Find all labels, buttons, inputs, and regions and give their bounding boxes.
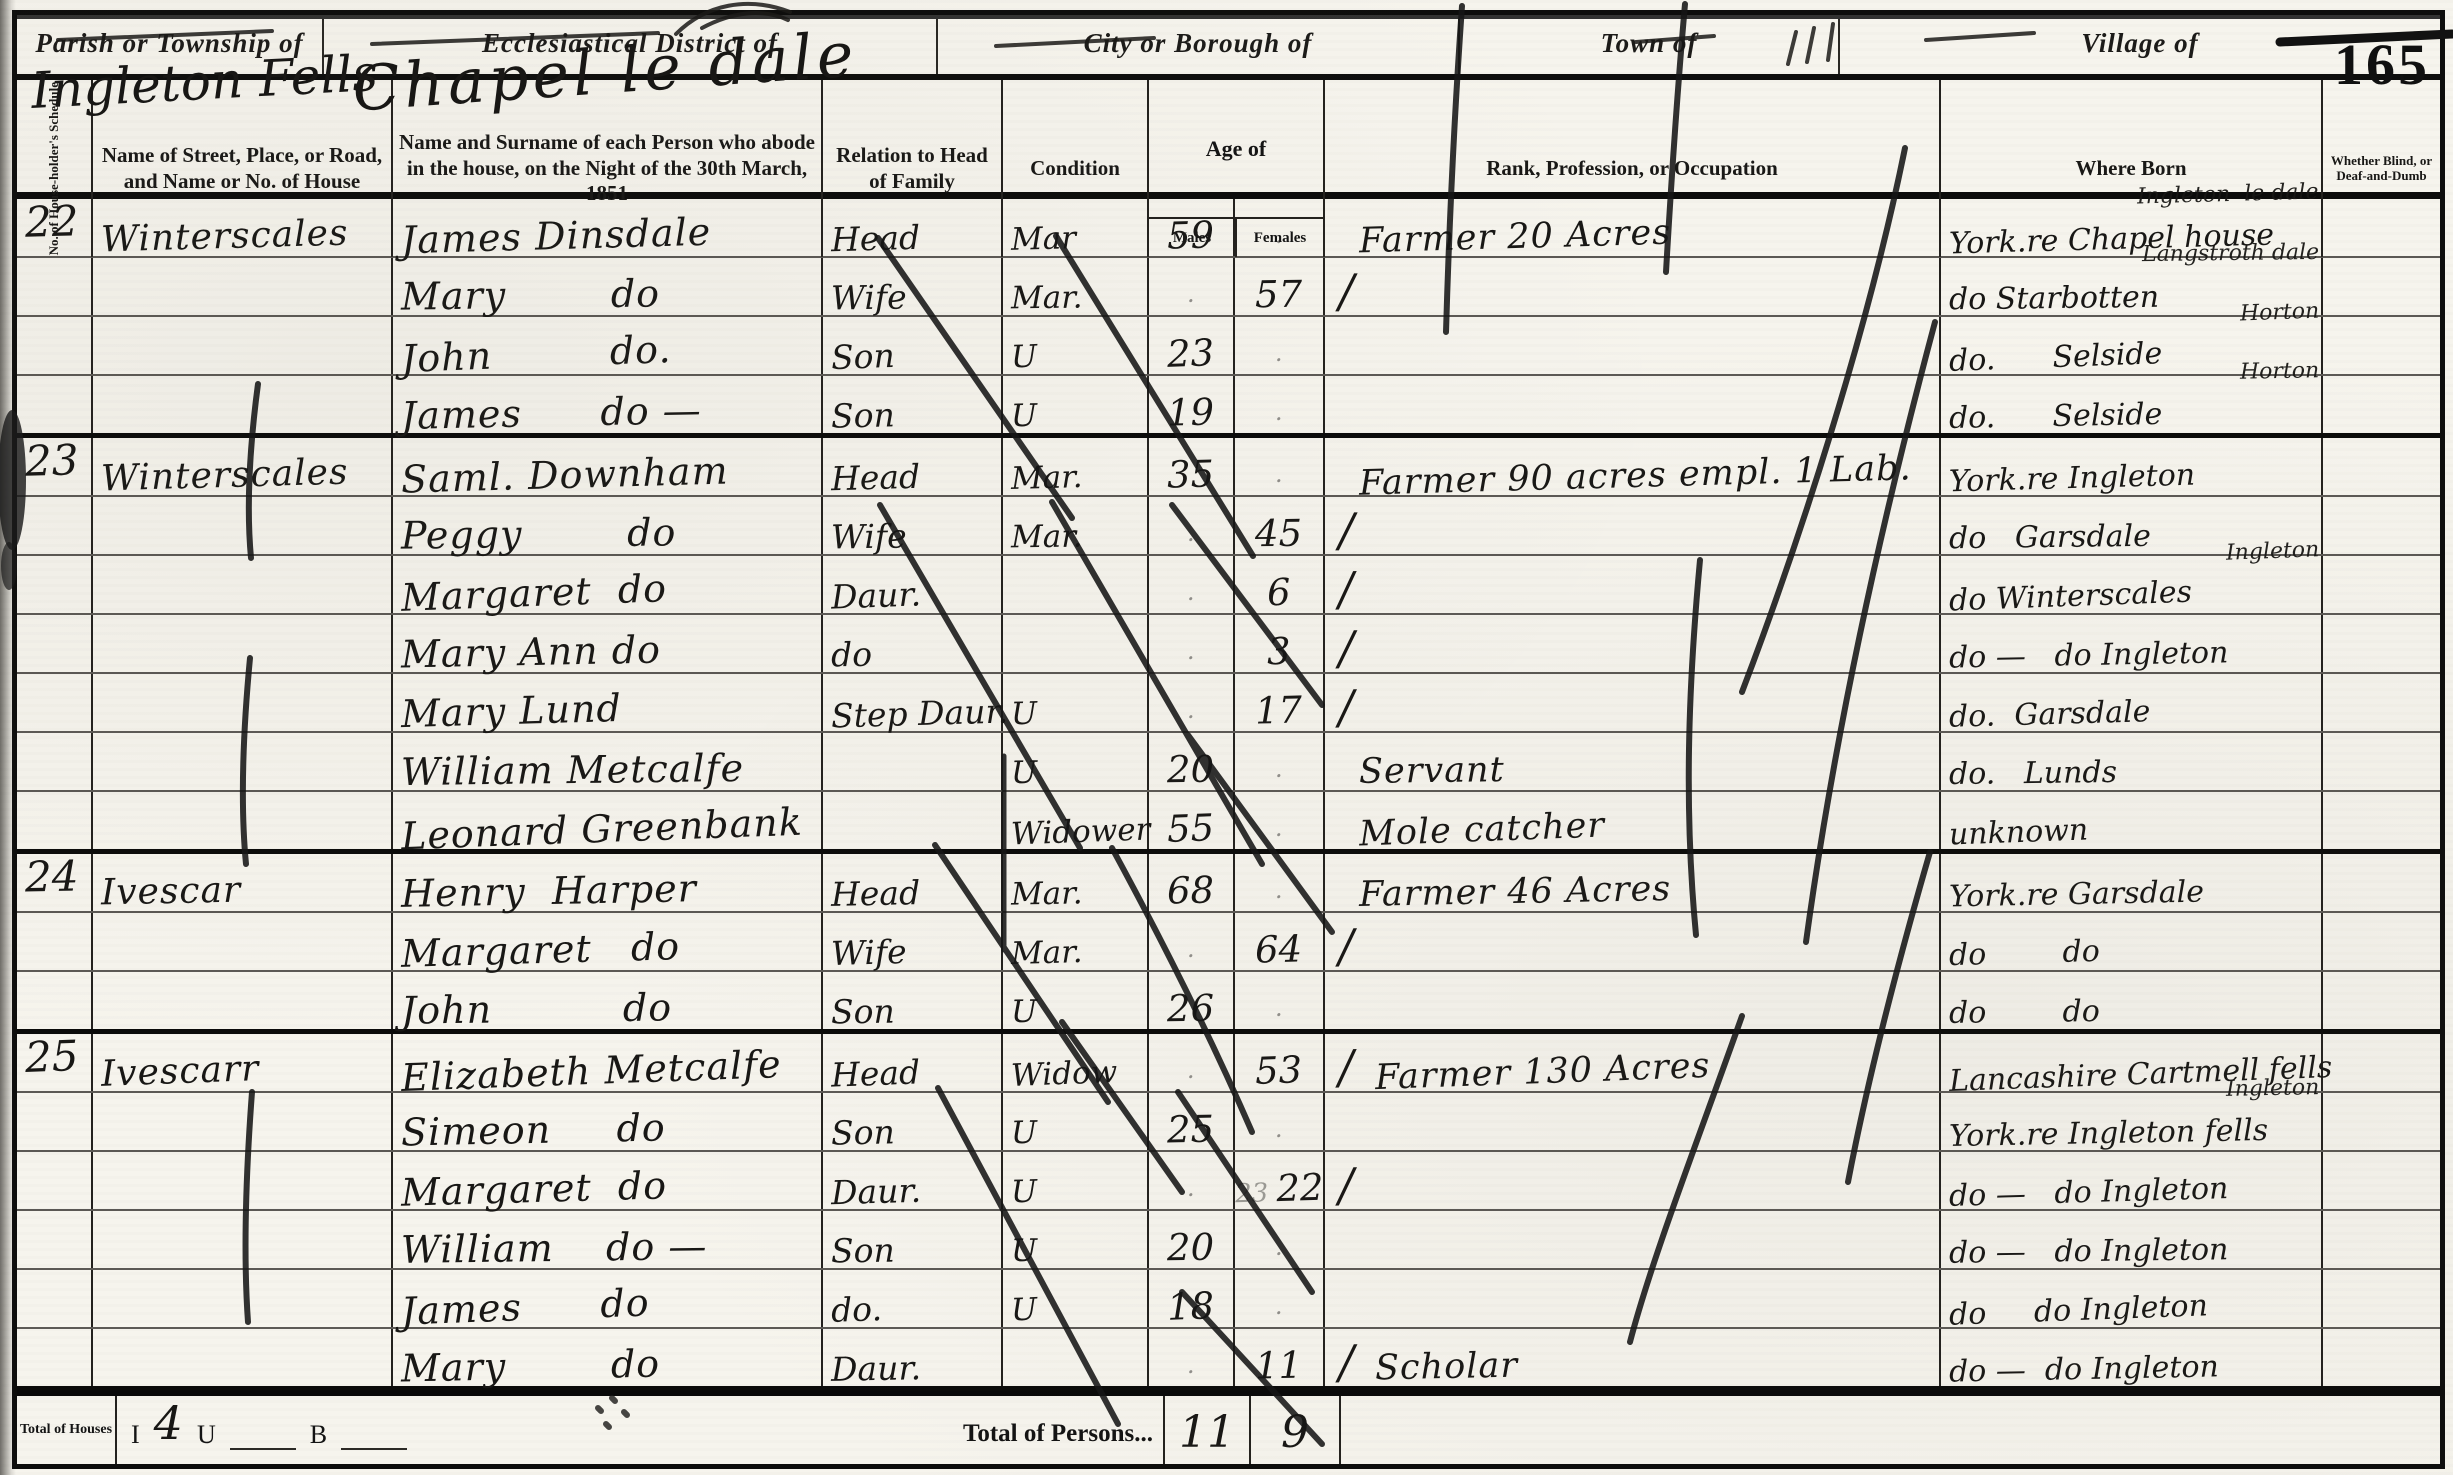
building-blank: [341, 1418, 407, 1450]
house-place: [93, 1152, 393, 1209]
house-place: Winterscales: [93, 438, 393, 495]
city-borough-label: City or Borough of: [938, 28, 1458, 59]
condition: U: [1003, 733, 1149, 790]
schedule-number: [17, 733, 93, 790]
relation-to-head: [823, 733, 1003, 790]
condition: U: [1003, 1211, 1149, 1268]
infirmity: [2323, 317, 2440, 374]
condition: U: [1003, 1093, 1149, 1150]
person-name: Mary Lund: [393, 674, 823, 731]
table-row: Mary do Wife Mar. · 57 / Langstroth dale…: [17, 258, 2440, 317]
schedule-number: [17, 1152, 93, 1209]
condition: U: [1003, 376, 1149, 433]
enumerator-tick: /: [1337, 566, 1354, 613]
house-place: [93, 317, 393, 374]
house-place: [93, 1329, 393, 1386]
page-number: 165: [2334, 31, 2430, 98]
house-place: [93, 615, 393, 672]
where-born: do — do Ingleton: [1941, 615, 2323, 672]
condition: Mar: [1003, 199, 1149, 256]
schedule-number: 22: [17, 199, 93, 256]
relation-to-head: Wife: [823, 497, 1003, 554]
person-name: Margaret do: [393, 913, 823, 970]
table-row: 23 Winterscales Saml. Downham Head Mar. …: [17, 438, 2440, 497]
where-born: do. Garsdale: [1941, 674, 2323, 731]
condition: Mar.: [1003, 854, 1149, 911]
table-row: 25 Ivescarr Elizabeth Metcalfe Head Wido…: [17, 1034, 2440, 1093]
where-born: do do: [1941, 913, 2323, 970]
infirmity: [2323, 615, 2440, 672]
schedule-number: [17, 913, 93, 970]
table-row: James do — Son U 19 · Hortondo. Selside: [17, 376, 2440, 438]
schedule-number: 24: [17, 854, 93, 911]
form-frame: Parish or Township of Ingleton Fells Ecc…: [12, 10, 2445, 1469]
person-name: Elizabeth Metcalfe: [393, 1034, 823, 1091]
where-born-superscript: Ingleton le dale: [2137, 181, 2319, 208]
age-female: ·: [1235, 1270, 1325, 1327]
enumerator-tick: /: [1337, 1044, 1354, 1091]
age-male: 26: [1149, 972, 1235, 1029]
age-male: 19: [1149, 376, 1235, 433]
table-row: Mary Lund Step Daur. U · 17 / do. Garsda…: [17, 674, 2440, 733]
person-name: Margaret do: [393, 556, 823, 613]
inhabited-count: 4: [154, 1396, 183, 1450]
age-female: 6: [1235, 556, 1325, 613]
person-name: William do —: [393, 1211, 823, 1268]
town-label: Town of: [1460, 28, 1838, 59]
age-male: ·: [1149, 615, 1235, 672]
relation-to-head: Daur.: [823, 1329, 1003, 1386]
occupation: /: [1325, 497, 1941, 554]
house-place: [93, 556, 393, 613]
person-name: Simeon do: [393, 1093, 823, 1150]
age-female: ·: [1235, 854, 1325, 911]
where-born: do — do Ingleton: [1941, 1329, 2323, 1386]
occupation: Farmer 46 Acres: [1325, 854, 1941, 911]
table-row: Simeon do Son U 25 · IngletonYork.re Ing…: [17, 1093, 2440, 1152]
age-female: 57: [1235, 258, 1325, 315]
age-male: ·: [1149, 1034, 1235, 1091]
total-houses-label: Total of Houses: [17, 1396, 117, 1464]
where-born: Ingletondo Winterscales: [1941, 556, 2323, 613]
age-female: ·: [1235, 317, 1325, 374]
infirmity: [2323, 1211, 2440, 1268]
person-name: James Dinsdale: [393, 199, 823, 256]
occupation: [1325, 972, 1941, 1029]
condition: [1003, 556, 1149, 613]
top-band: Parish or Township of Ingleton Fells Ecc…: [17, 19, 2440, 80]
house-place: Ivescarr: [93, 1034, 393, 1091]
schedule-number: [17, 972, 93, 1029]
uninhabited-blank: [230, 1418, 296, 1450]
age-male: ·: [1149, 497, 1235, 554]
person-name: Leonard Greenbank: [393, 792, 823, 849]
age-female: 11: [1235, 1329, 1325, 1386]
where-born: do do Ingleton: [1941, 1270, 2323, 1327]
house-place: [93, 792, 393, 849]
footer-spacer: [1339, 1396, 2440, 1464]
table-row: John do Son U 26 · do do: [17, 972, 2440, 1034]
age-female: ·: [1235, 199, 1325, 256]
age-female: 53: [1235, 1034, 1325, 1091]
infirmity: [2323, 1329, 2440, 1386]
person-name: Peggy do: [393, 497, 823, 554]
relation-to-head: Head: [823, 438, 1003, 495]
relation-to-head: Wife: [823, 258, 1003, 315]
where-born: do. Lunds: [1941, 733, 2323, 790]
relation-to-head: Son: [823, 1211, 1003, 1268]
age-male: 25: [1149, 1093, 1235, 1150]
infirmity: [2323, 1152, 2440, 1209]
schedule-number: [17, 1329, 93, 1386]
house-place: [93, 674, 393, 731]
condition: Widower: [1003, 792, 1149, 849]
age-female: 23 22: [1235, 1152, 1325, 1209]
age-female: ·: [1235, 438, 1325, 495]
condition: U: [1003, 972, 1149, 1029]
table-row: 24 Ivescar Henry Harper Head Mar. 68 · F…: [17, 854, 2440, 913]
condition: Mar.: [1003, 497, 1149, 554]
age-male: ·: [1149, 1329, 1235, 1386]
age-male: 20: [1149, 1211, 1235, 1268]
where-born-superscript: Horton: [2240, 360, 2320, 384]
schedule-number: [17, 674, 93, 731]
occupation: /: [1325, 1152, 1941, 1209]
age-male: ·: [1149, 674, 1235, 731]
condition: U: [1003, 317, 1149, 374]
enumerator-tick: /: [1338, 1162, 1355, 1208]
occupation: Farmer 20 Acres: [1325, 199, 1941, 256]
house-place: [93, 972, 393, 1029]
house-place: [93, 1211, 393, 1268]
occupation: /: [1325, 556, 1941, 613]
where-born-superscript: Ingleton: [2226, 1077, 2320, 1101]
condition: U: [1003, 674, 1149, 731]
infirmity: [2323, 792, 2440, 849]
house-place: [93, 733, 393, 790]
infirmity: [2323, 854, 2440, 911]
where-born: IngletonYork.re Ingleton fells: [1941, 1093, 2323, 1150]
age-female: 64: [1235, 913, 1325, 970]
occupation: Mole catcher: [1325, 792, 1941, 849]
relation-to-head: do: [823, 615, 1003, 672]
infirmity: [2323, 733, 2440, 790]
house-place: [93, 376, 393, 433]
house-place: Ivescar: [93, 854, 393, 911]
schedule-number: [17, 317, 93, 374]
house-place: [93, 913, 393, 970]
house-place: Winterscales: [93, 199, 393, 256]
age-male: ·: [1149, 556, 1235, 613]
condition: Mar.: [1003, 438, 1149, 495]
relation-to-head: Daur.: [823, 1152, 1003, 1209]
relation-to-head: Daur.: [823, 556, 1003, 613]
table-row: Mary do Daur. · 11 /Scholar do — do Ingl…: [17, 1329, 2440, 1391]
enumerator-tick: /: [1338, 625, 1354, 671]
person-name: James do —: [393, 376, 823, 433]
condition: [1003, 615, 1149, 672]
occupation: /: [1325, 258, 1941, 315]
where-born: unknown: [1941, 792, 2323, 849]
relation-to-head: Head: [823, 199, 1003, 256]
person-name: Mary do: [393, 1329, 823, 1386]
schedule-number: [17, 556, 93, 613]
city-borough-box: City or Borough of: [938, 19, 1460, 74]
table-row: Mary Ann do do · 3 / do — do Ingleton: [17, 615, 2440, 674]
enumerator-tick: /: [1338, 1339, 1354, 1385]
occupation: [1325, 317, 1941, 374]
occupation: [1325, 1093, 1941, 1150]
occupation: [1325, 376, 1941, 433]
occupation: /: [1325, 913, 1941, 970]
person-name: John do.: [393, 317, 823, 374]
totals-footer: Total of Houses I 4 U B Total of Persons…: [17, 1391, 2440, 1464]
age-female: 45: [1235, 497, 1325, 554]
age-female: ·: [1235, 376, 1325, 433]
house-place: [93, 258, 393, 315]
condition: U: [1003, 1270, 1149, 1327]
table-row: William do — Son U 20 · do — do Ingleton: [17, 1211, 2440, 1270]
where-born: Hortondo. Selside: [1941, 376, 2323, 433]
age-male: 68: [1149, 854, 1235, 911]
uninhabited-mark: U: [197, 1420, 216, 1450]
person-name: Margaret do: [393, 1152, 823, 1209]
schedule-number: [17, 1211, 93, 1268]
schedule-number: [17, 792, 93, 849]
where-born: do — do Ingleton: [1941, 1152, 2323, 1209]
inhabited-mark: I: [131, 1420, 140, 1450]
age-male: ·: [1149, 913, 1235, 970]
schedule-number: [17, 1270, 93, 1327]
table-row: Peggy do Wife Mar. · 45 / do Garsdale: [17, 497, 2440, 556]
person-name: Saml. Downham: [393, 438, 823, 495]
where-born-superscript: Ingleton: [2225, 539, 2319, 564]
person-name: Mary Ann do: [393, 615, 823, 672]
occupation: /: [1325, 615, 1941, 672]
where-born-superscript: Horton: [2239, 301, 2319, 326]
table-row: John do. Son U 23 · Hortondo. Selside: [17, 317, 2440, 376]
condition: Widow: [1003, 1034, 1149, 1091]
town-box: Town of: [1460, 19, 1840, 74]
person-name: James do: [393, 1270, 823, 1327]
relation-to-head: Wife: [823, 913, 1003, 970]
where-born: do do: [1941, 972, 2323, 1029]
condition: Mar.: [1003, 913, 1149, 970]
where-born: do — do Ingleton: [1941, 1211, 2323, 1268]
total-houses-values: I 4 U B: [117, 1396, 457, 1464]
age-male: 35: [1149, 438, 1235, 495]
parish-box: Parish or Township of Ingleton Fells: [17, 19, 324, 74]
infirmity: [2323, 497, 2440, 554]
occupation: Servant: [1325, 733, 1941, 790]
total-persons-label: Total of Persons...: [457, 1396, 1163, 1464]
age-female: 17: [1235, 674, 1325, 731]
schedule-number: [17, 376, 93, 433]
age-female: ·: [1235, 792, 1325, 849]
age-male: 18: [1149, 1270, 1235, 1327]
binding-shadow: [0, 0, 16, 1475]
infirmity: [2323, 376, 2440, 433]
census-page: Parish or Township of Ingleton Fells Ecc…: [0, 0, 2453, 1475]
relation-to-head: [823, 792, 1003, 849]
infirmity: [2323, 1270, 2440, 1327]
age-female: ·: [1235, 972, 1325, 1029]
enumerator-tick: /: [1338, 507, 1354, 553]
relation-to-head: Step Daur.: [823, 674, 1003, 731]
relation-to-head: Head: [823, 854, 1003, 911]
infirmity: [2323, 438, 2440, 495]
ecclesiastical-box: Ecclesiastical District of Chapel le dal…: [324, 19, 938, 74]
schedule-number: [17, 497, 93, 554]
house-place: [93, 1093, 393, 1150]
enumerator-tick: /: [1338, 923, 1355, 969]
where-born: York.re Ingleton: [1941, 438, 2323, 495]
infirmity: [2323, 913, 2440, 970]
age-male: ·: [1149, 258, 1235, 315]
age-female: ·: [1235, 1211, 1325, 1268]
table-row: 22 Winterscales James Dinsdale Head Mar …: [17, 199, 2440, 258]
relation-to-head: Son: [823, 1093, 1003, 1150]
person-name: William Metcalfe: [393, 733, 823, 790]
enumerator-tick: /: [1338, 684, 1355, 730]
table-row: William Metcalfe U 20 · Servant do. Lund…: [17, 733, 2440, 792]
age-male: 55: [1149, 792, 1235, 849]
village-box: Village of 165: [1840, 19, 2440, 74]
table-row: Margaret do Daur. U · 23 22 / do — do In…: [17, 1152, 2440, 1211]
person-name: Henry Harper: [393, 854, 823, 911]
condition: [1003, 1329, 1149, 1386]
age-female: 3: [1235, 615, 1325, 672]
schedule-number: [17, 1093, 93, 1150]
table-row: Margaret do Wife Mar. · 64 / do do: [17, 913, 2440, 972]
relation-to-head: Son: [823, 317, 1003, 374]
occupation: /Scholar: [1325, 1329, 1941, 1386]
occupation: [1325, 1270, 1941, 1327]
where-born: York.re Garsdale: [1941, 854, 2323, 911]
relation-to-head: do.: [823, 1270, 1003, 1327]
infirmity: [2323, 199, 2440, 256]
age-of-label: Age of: [1149, 80, 1323, 217]
schedule-number: 23: [17, 438, 93, 495]
occupation: Farmer 90 acres empl. 1 Lab.: [1325, 438, 1941, 495]
house-place: [93, 497, 393, 554]
age-female: ·: [1235, 733, 1325, 790]
condition: U: [1003, 1152, 1149, 1209]
age-male: 20: [1149, 733, 1235, 790]
schedule-number: [17, 615, 93, 672]
age-male: ·: [1149, 1152, 1235, 1209]
age-female: ·: [1235, 1093, 1325, 1150]
age-male: 23: [1149, 317, 1235, 374]
table-row: Margaret do Daur. · 6 / Ingletondo Winte…: [17, 556, 2440, 615]
infirmity: [2323, 556, 2440, 613]
relation-to-head: Son: [823, 376, 1003, 433]
occupation: /Farmer 130 Acres: [1325, 1034, 1941, 1091]
infirmity: [2323, 972, 2440, 1029]
age-male: 59: [1149, 199, 1235, 256]
schedule-number: [17, 258, 93, 315]
total-males: 11: [1163, 1396, 1249, 1464]
building-mark: B: [310, 1420, 327, 1450]
infirmity: [2323, 1034, 2440, 1091]
relation-to-head: Head: [823, 1034, 1003, 1091]
relation-to-head: Son: [823, 972, 1003, 1029]
where-born-superscript: Langstroth dale: [2142, 242, 2319, 266]
occupation: [1325, 1211, 1941, 1268]
table-row: Leonard Greenbank Widower 55 · Mole catc…: [17, 792, 2440, 854]
house-place: [93, 1270, 393, 1327]
condition: Mar.: [1003, 258, 1149, 315]
occupation: /: [1325, 674, 1941, 731]
enumerator-tick: /: [1338, 268, 1354, 314]
infirmity: [2323, 1093, 2440, 1150]
schedule-number: 25: [17, 1034, 93, 1091]
table-row: James do do. U 18 · do do Ingleton: [17, 1270, 2440, 1329]
infirmity: [2323, 674, 2440, 731]
person-name: Mary do: [393, 258, 823, 315]
infirmity: [2323, 258, 2440, 315]
total-females: 9: [1249, 1396, 1339, 1464]
rows: 22 Winterscales James Dinsdale Head Mar …: [17, 199, 2440, 1391]
person-name: John do: [393, 972, 823, 1029]
